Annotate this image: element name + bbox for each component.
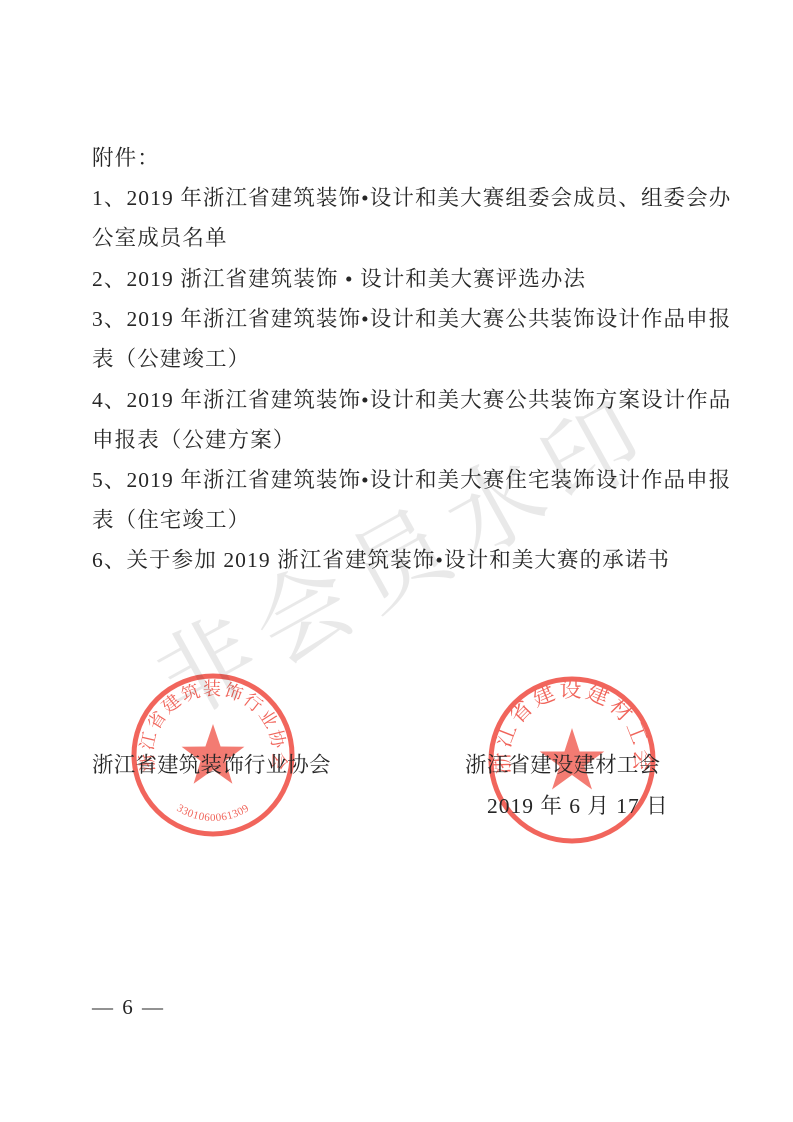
attachment-item-2: 2、2019 浙江省建筑装饰 • 设计和美大赛评选办法	[92, 266, 732, 292]
attachment-item-4-line-2: 申报表（公建方案）	[92, 427, 732, 453]
attachment-label: 附件：	[92, 145, 732, 171]
attachment-item-1-line-1: 1、2019 年浙江省建筑装饰•设计和美大赛组委会成员、组委会办	[92, 185, 732, 211]
attachment-item-1-line-2: 公室成员名单	[92, 225, 732, 251]
attachment-item-3-line-1: 3、2019 年浙江省建筑装饰•设计和美大赛公共装饰设计作品申报	[92, 306, 732, 332]
signature-date: 2019 年 6 月 17 日	[487, 789, 669, 820]
attachment-item-5-line-2: 表（住宅竣工）	[92, 507, 732, 533]
attachment-item-3-line-2: 表（公建竣工）	[92, 346, 732, 372]
attachment-item-4-line-1: 4、2019 年浙江省建筑装饰•设计和美大赛公共装饰方案设计作品	[92, 387, 732, 413]
stamp-serial-number: 3301060061309	[175, 802, 252, 824]
attachment-item-6: 6、关于参加 2019 浙江省建筑装饰•设计和美大赛的承诺书	[92, 547, 732, 573]
document-page: 非会员水印 附件： 1、2019 年浙江省建筑装饰•设计和美大赛组委会成员、组委…	[0, 0, 793, 1122]
right-organization-name: 浙江省建设建材工会	[465, 748, 660, 779]
attachment-item-5-line-1: 5、2019 年浙江省建筑装饰•设计和美大赛住宅装饰设计作品申报	[92, 467, 732, 493]
page-number: — 6 —	[92, 995, 165, 1020]
left-organization-name: 浙江省建筑装饰行业协会	[92, 748, 331, 779]
